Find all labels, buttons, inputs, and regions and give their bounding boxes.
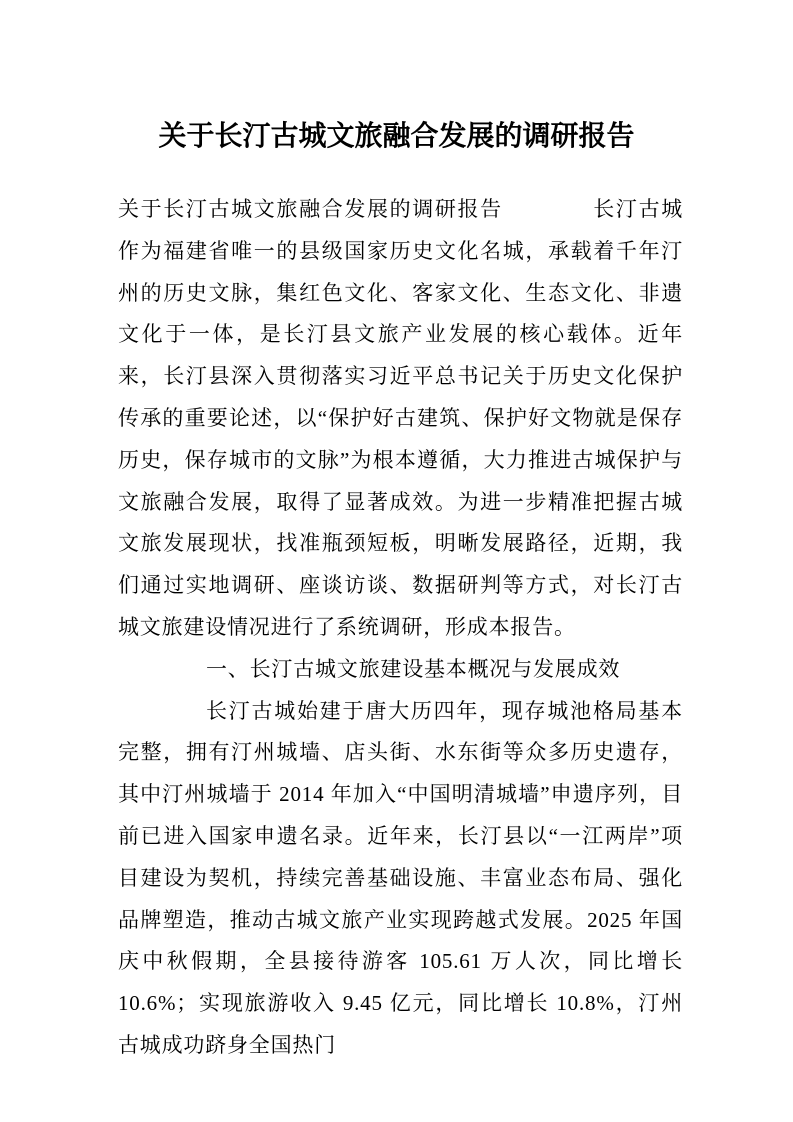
section-heading-1: 一、长汀古城文旅建设基本概况与发展成效 xyxy=(118,649,683,691)
document-page: 关于长汀古城文旅融合发展的调研报告 关于长汀古城文旅融合发展的调研报告 长汀古城… xyxy=(0,0,793,1122)
paragraph-intro: 关于长汀古城文旅融合发展的调研报告 长汀古城作为福建省唯一的县级国家历史文化名城… xyxy=(118,189,683,649)
document-title: 关于长汀古城文旅融合发展的调研报告 xyxy=(0,0,793,158)
document-body: 关于长汀古城文旅融合发展的调研报告 长汀古城作为福建省唯一的县级国家历史文化名城… xyxy=(118,189,683,1067)
paragraph-section-1-body: 长汀古城始建于唐大历四年，现存城池格局基本完整，拥有汀州城墙、店头街、水东街等众… xyxy=(118,691,683,1067)
